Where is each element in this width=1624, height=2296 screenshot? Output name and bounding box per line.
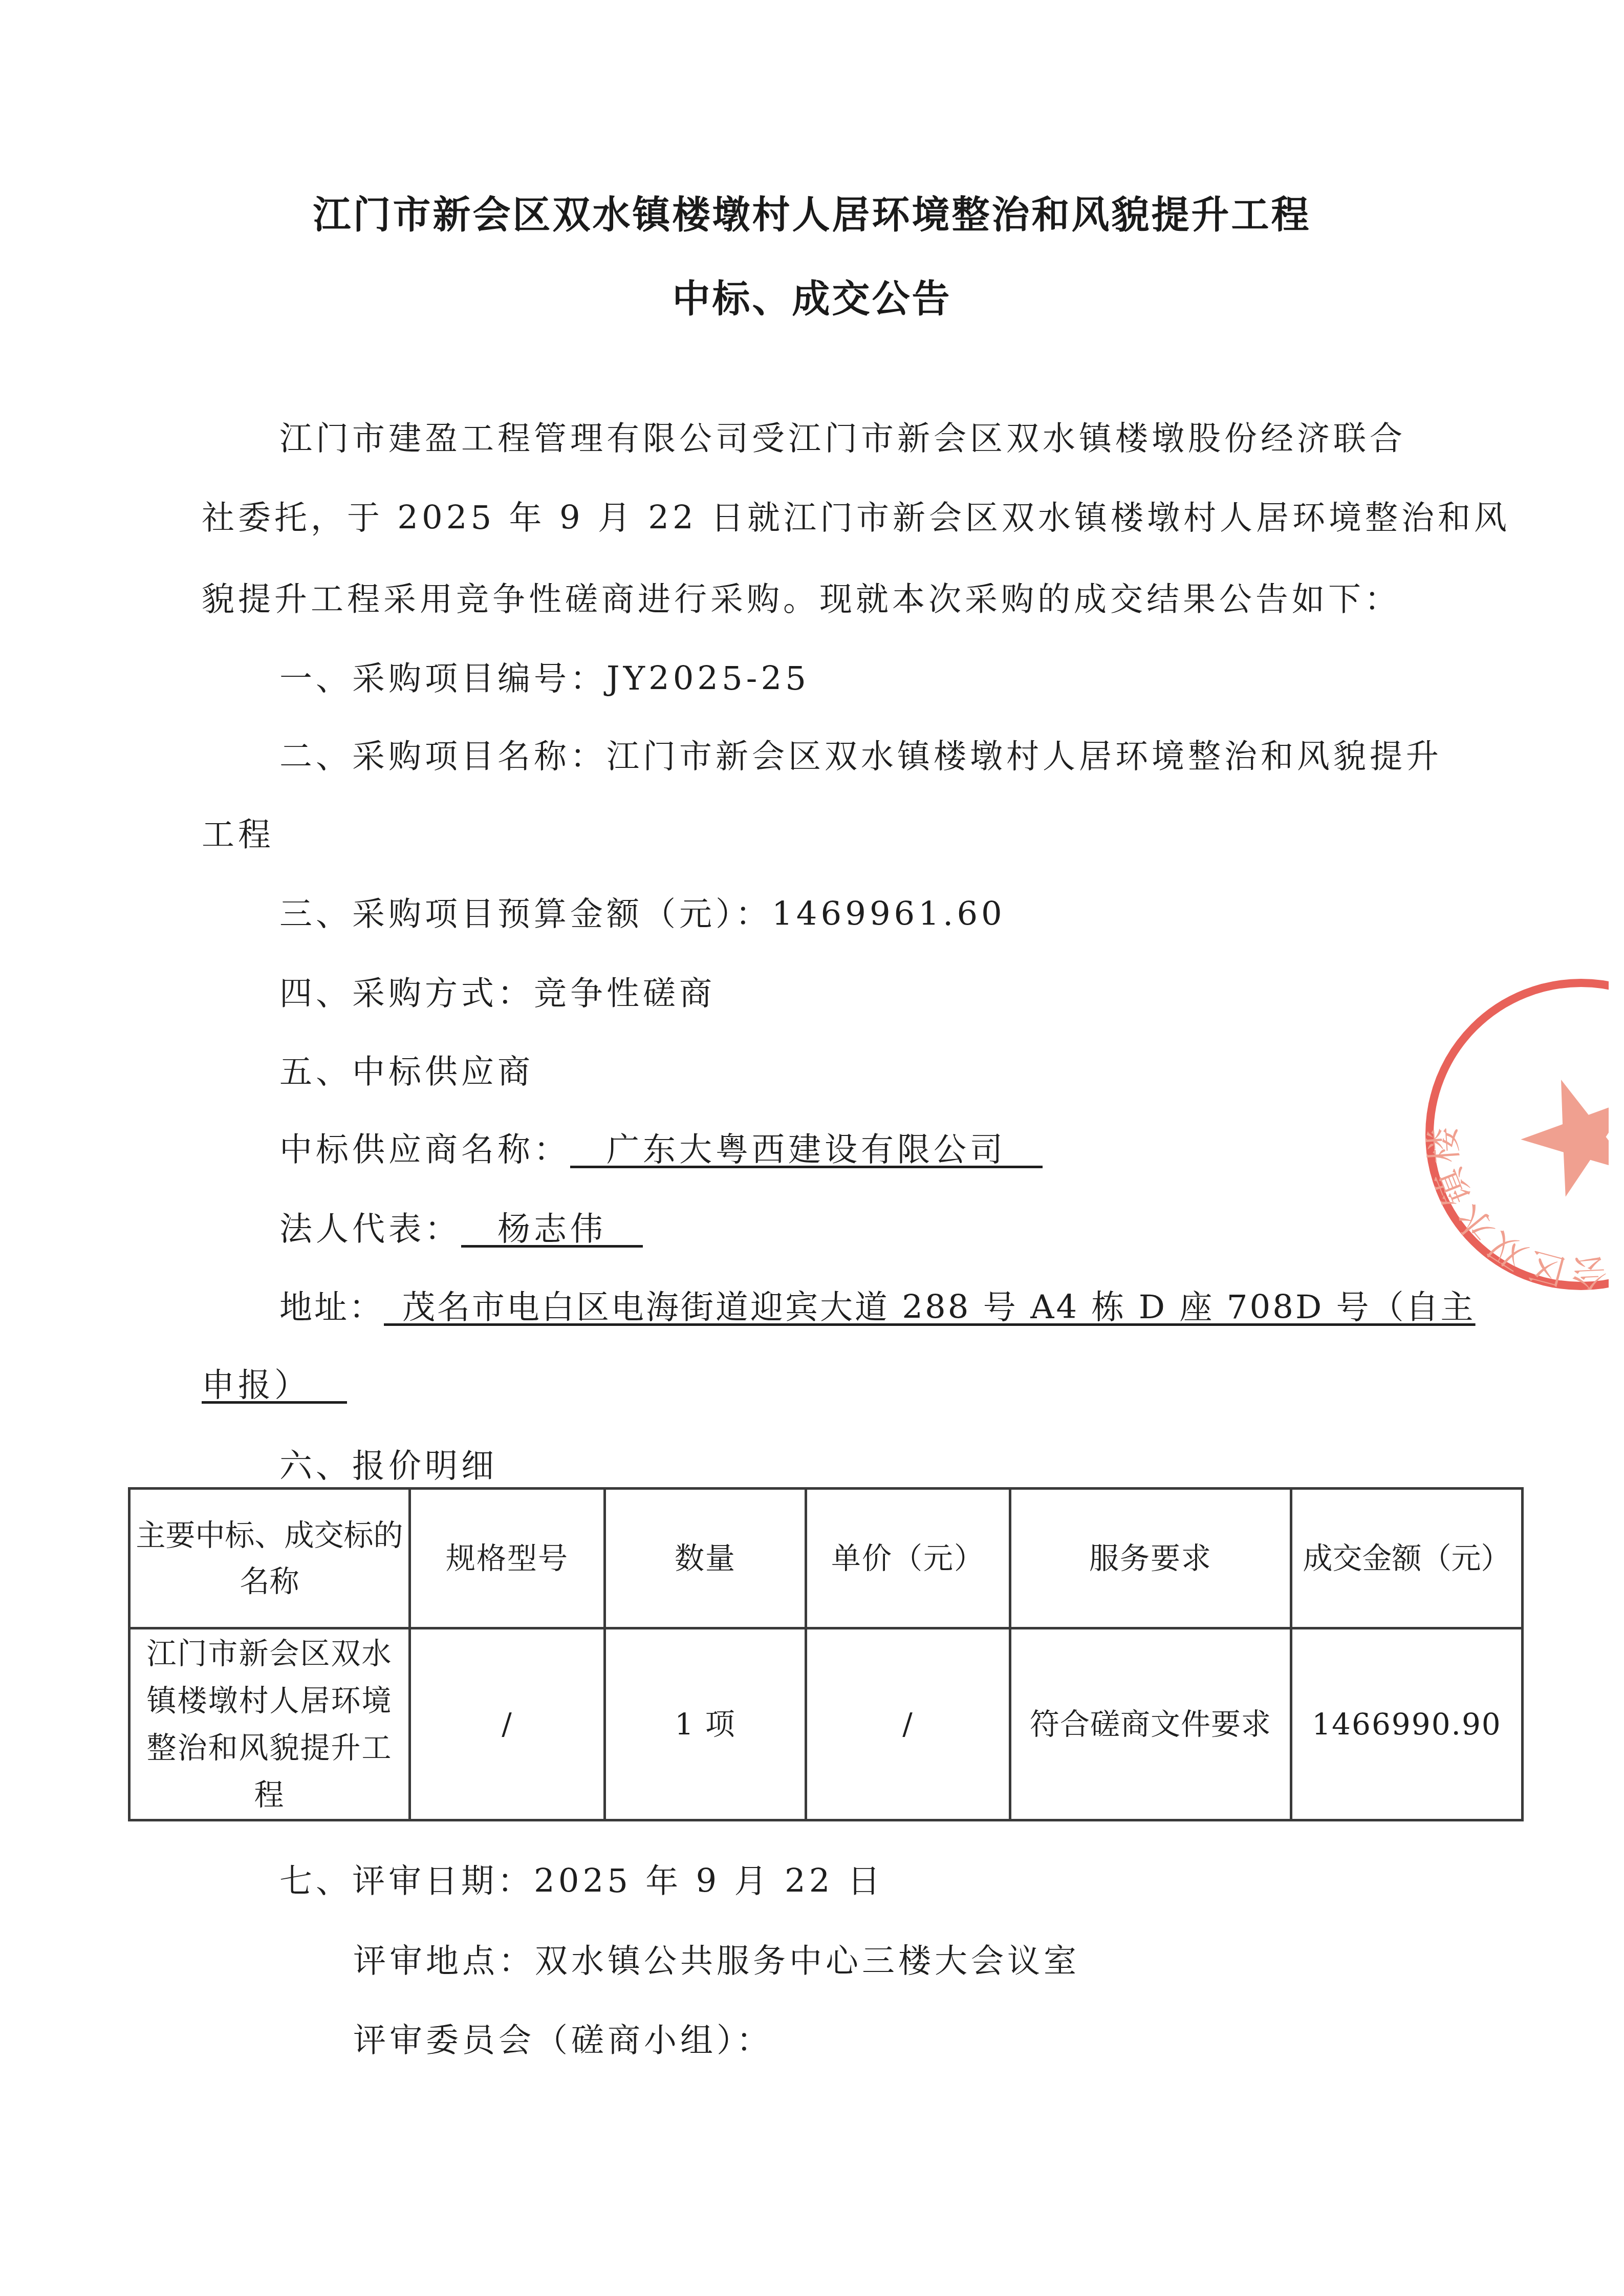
legal-rep-text: 杨志伟 xyxy=(497,1210,607,1248)
procurement-method-row: 四、采购方式：竞争性磋商 xyxy=(279,973,716,1014)
intro-line-2: 社委托，于 2025 年 9 月 22 日就江门市新会区双水镇楼墩村人居环境整治… xyxy=(202,498,1510,539)
official-seal-stamp: 江门市新会区双水镇楼墩股份经济联合社 xyxy=(1423,976,1624,1293)
project-name-value: 江门市新会区双水镇楼墩村人居环境整治和风貌提升 xyxy=(607,738,1442,776)
intro-line-3: 貌提升工程采用竞争性磋商进行采购。现就本次采购的成交结果公告如下： xyxy=(202,579,1401,620)
project-name-row: 二、采购项目名称：江门市新会区双水镇楼墩村人居环境整治和风貌提升 xyxy=(279,736,1442,777)
legal-rep-label: 法人代表： xyxy=(279,1210,461,1248)
cell-service-requirements: 符合磋商文件要求 xyxy=(1010,1628,1291,1820)
procurement-method-label: 四、采购方式： xyxy=(279,975,534,1013)
header-deal-amount: 成交金额（元） xyxy=(1291,1489,1523,1628)
project-number-row: 一、采购项目编号：JY2025-25 xyxy=(279,658,810,699)
header-spec-model: 规格型号 xyxy=(410,1489,605,1628)
legal-rep-row: 法人代表： 杨志伟 xyxy=(279,1209,643,1250)
table-header-row: 主要中标、成交标的名称 规格型号 数量 单价（元） 服务要求 成交金额（元） xyxy=(129,1489,1523,1628)
header-quantity: 数量 xyxy=(605,1489,806,1628)
header-item-name: 主要中标、成交标的名称 xyxy=(129,1489,410,1628)
project-name-continuation: 工程 xyxy=(202,814,274,855)
document-title: 江门市新会区双水镇楼墩村人居环境整治和风貌提升工程 xyxy=(0,190,1624,240)
quote-details-heading: 六、报价明细 xyxy=(279,1446,497,1487)
review-venue-label: 评审地点： xyxy=(353,1942,535,1980)
supplier-name-label: 中标供应商名称： xyxy=(279,1131,570,1169)
budget-value: 1469961.60 xyxy=(772,895,1006,933)
review-venue-value: 双水镇公共服务中心三楼大会议室 xyxy=(535,1942,1080,1980)
star-icon xyxy=(1506,1060,1624,1205)
address-text-line-2: 申报） xyxy=(202,1366,311,1404)
project-name-label: 二、采购项目名称： xyxy=(279,738,607,776)
document-subtitle: 中标、成交公告 xyxy=(0,274,1624,324)
budget-row: 三、采购项目预算金额（元）：1469961.60 xyxy=(279,894,1006,935)
supplier-name-text: 广东大粤西建设有限公司 xyxy=(607,1131,1006,1169)
review-venue-row: 评审地点：双水镇公共服务中心三楼大会议室 xyxy=(353,1941,1080,1982)
project-number-value: JY2025-25 xyxy=(607,660,810,698)
review-committee-label: 评审委员会（磋商小组）： xyxy=(353,2020,773,2061)
seal-ring xyxy=(1430,983,1624,1286)
header-service-requirements: 服务要求 xyxy=(1010,1489,1291,1628)
project-number-label: 一、采购项目编号： xyxy=(279,660,607,698)
address-label: 地址： xyxy=(279,1289,384,1326)
review-date-value: 2025 年 9 月 22 日 xyxy=(534,1862,884,1900)
address-value: 茂名市电白区电海街道迎宾大道 288 号 A4 栋 D 座 708D 号（自主 xyxy=(384,1289,1476,1326)
table-row: 江门市新会区双水镇楼墩村人居环境整治和风貌提升工程 / 1 项 / 符合磋商文件… xyxy=(129,1628,1523,1820)
supplier-name-value: 广东大粤西建设有限公司 xyxy=(570,1131,1043,1169)
address-continuation: 申报） xyxy=(202,1365,347,1406)
intro-line-1: 江门市建盈工程管理有限公司受江门市新会区双水镇楼墩股份经济联合 xyxy=(279,418,1406,459)
budget-label: 三、采购项目预算金额（元）： xyxy=(279,895,772,933)
winning-supplier-heading: 五、中标供应商 xyxy=(279,1052,534,1092)
cell-spec-model: / xyxy=(410,1628,605,1820)
cell-deal-amount: 1466990.90 xyxy=(1291,1628,1523,1820)
address-value-line-2: 申报） xyxy=(202,1366,347,1404)
quote-details-table: 主要中标、成交标的名称 规格型号 数量 单价（元） 服务要求 成交金额（元） 江… xyxy=(128,1487,1524,1821)
address-text-line-1: 茂名市电白区电海街道迎宾大道 288 号 A4 栋 D 座 708D 号（自主 xyxy=(402,1289,1476,1326)
review-date-label: 七、评审日期： xyxy=(279,1862,534,1900)
seal-text: 江门市新会区双水镇楼墩股份经济联合社 xyxy=(1423,976,1624,1293)
header-unit-price: 单价（元） xyxy=(806,1489,1010,1628)
legal-rep-value: 杨志伟 xyxy=(461,1210,643,1248)
cell-quantity: 1 项 xyxy=(605,1628,806,1820)
cell-unit-price: / xyxy=(806,1628,1010,1820)
address-row: 地址： 茂名市电白区电海街道迎宾大道 288 号 A4 栋 D 座 708D 号… xyxy=(279,1287,1476,1328)
review-date-row: 七、评审日期：2025 年 9 月 22 日 xyxy=(279,1861,884,1902)
cell-item-name: 江门市新会区双水镇楼墩村人居环境整治和风貌提升工程 xyxy=(129,1628,410,1820)
supplier-name-row: 中标供应商名称： 广东大粤西建设有限公司 xyxy=(279,1129,1043,1170)
scan-margin xyxy=(1609,0,1624,2296)
procurement-method-value: 竞争性磋商 xyxy=(534,975,716,1013)
